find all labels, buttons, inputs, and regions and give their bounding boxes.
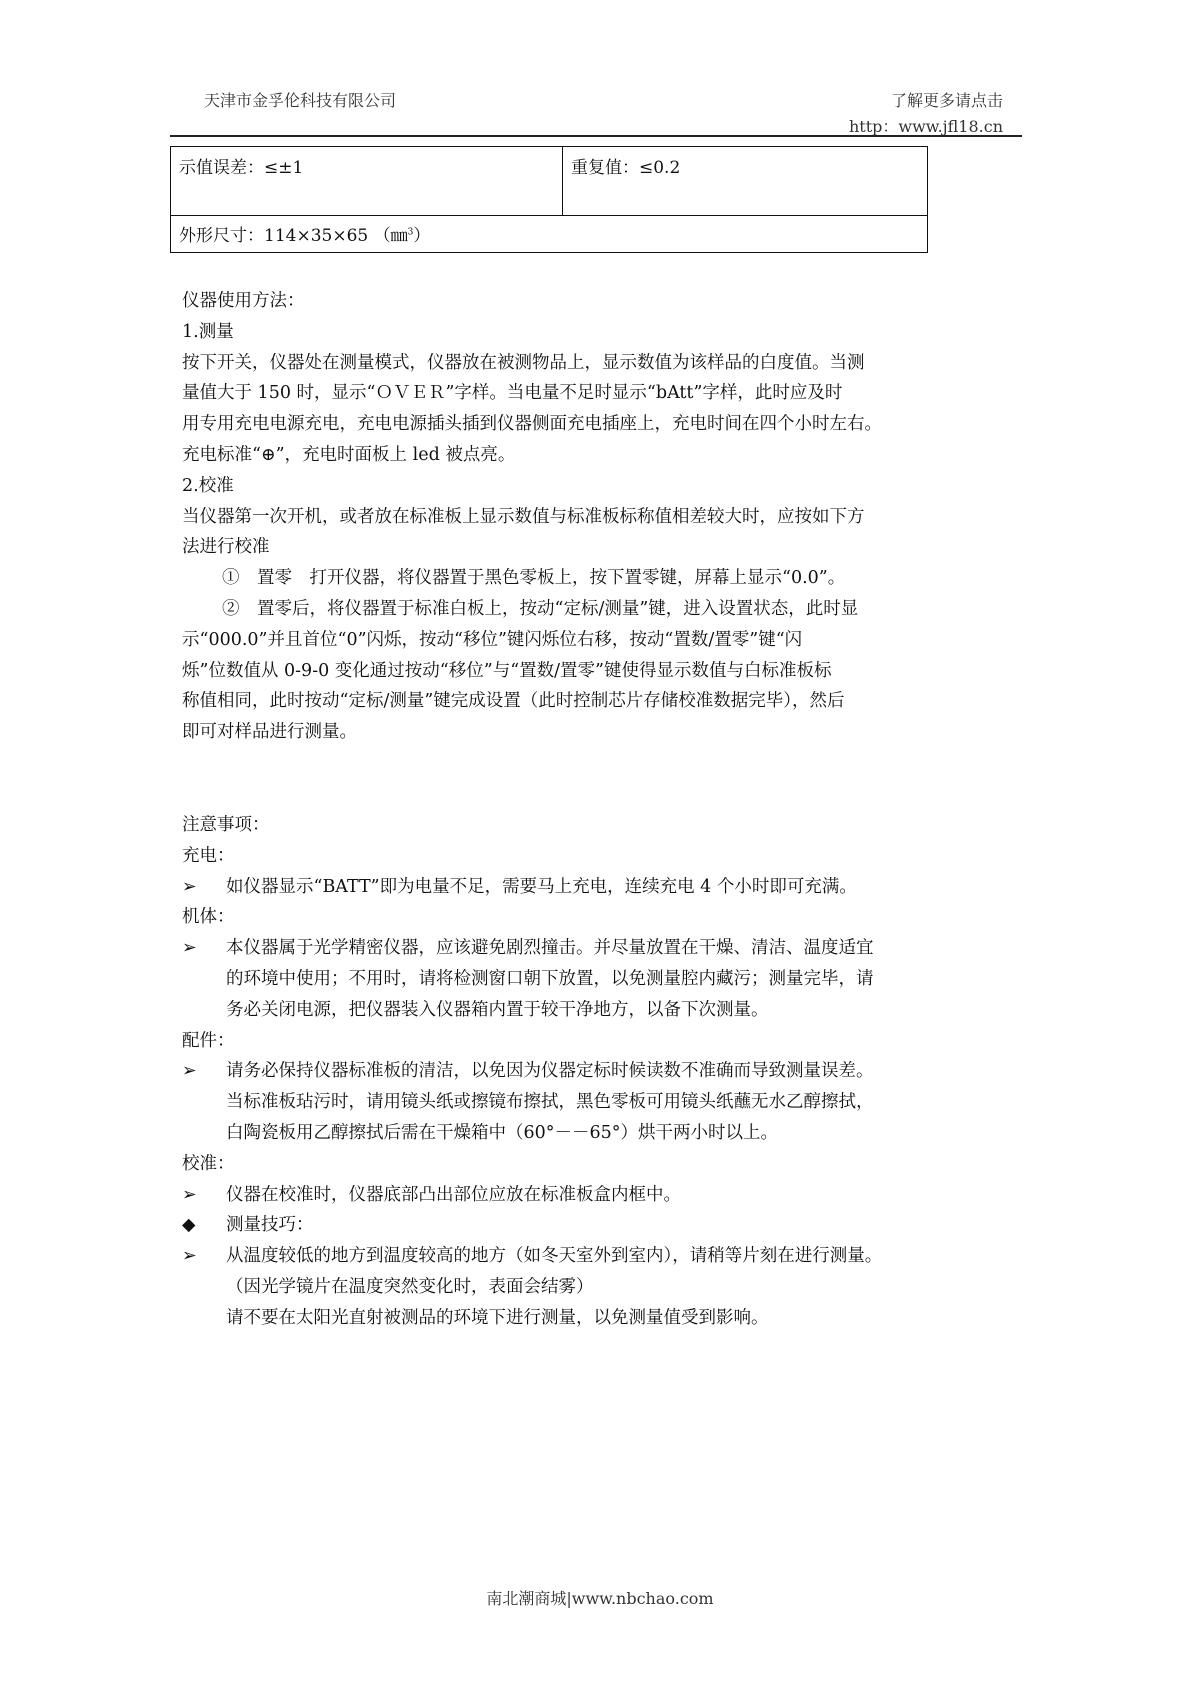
calibrate-line: 法进行校准 (182, 532, 1032, 563)
header-link-block[interactable]: 了解更多请点击 http：www.jfl18.cn (849, 88, 1003, 140)
body-title: 机体： (182, 902, 1032, 933)
calibrate-step-2-line: 烁”位数值从 0-9-0 变化通过按动“移位”与“置数/置零”键使得显示数值与白… (182, 656, 1032, 687)
size-cell: 外形尺寸：114×35×65 （㎜3） (171, 216, 928, 253)
measure-line: 充电标准“⊕”，充电时面板上 led 被点亮。 (182, 440, 1032, 471)
parts-text-line: 白陶瓷板用乙醇擦拭后需在干燥箱中（60°－－65°）烘干两小时以上。 (226, 1118, 1032, 1149)
charge-item: ➢ 如仪器显示“BATT”即为电量不足，需要马上充电，连续充电 4 个小时即可充… (182, 872, 1032, 903)
tips-text-line: 从温度较低的地方到温度较高的地方（如冬天室外到室内），请稍等片刻在进行测量。 (226, 1241, 1032, 1272)
measure-line: 量值大于 150 时，显示“ＯＶＥＲ”字样。当电量不足时显示“bAtt”字样，此… (182, 378, 1032, 409)
arrow-bullet-icon: ➢ (182, 933, 202, 964)
more-info-link[interactable]: 了解更多请点击 (849, 88, 1003, 114)
page-footer[interactable]: 南北潮商城|www.nbchao.com (0, 1586, 1200, 1609)
calib-item: ➢ 仪器在校准时，仪器底部凸出部位应放在标准板盒内框中。 (182, 1180, 1032, 1211)
parts-text-line: 请务必保持仪器标准板的清洁，以免因为仪器定标时候读数不准确而导致测量误差。 (226, 1056, 1032, 1087)
calibrate-step-1: ① 置零 打开仪器，将仪器置于黑色零板上，按下置零键，屏幕上显示“0.0”。 (182, 563, 1032, 594)
tips-text-line: 请不要在太阳光直射被测品的环境下进行测量，以免测量值受到影响。 (226, 1303, 1032, 1334)
usage-title: 仪器使用方法： (182, 286, 1032, 317)
company-name: 天津市金孚伦科技有限公司 (204, 88, 396, 111)
calib-title: 校准： (182, 1149, 1032, 1180)
tips-title: 测量技巧： (226, 1215, 314, 1235)
spacer (182, 748, 1032, 810)
repeat-cell: 重复值：≤0.2 (563, 147, 928, 216)
measure-line: 按下开关，仪器处在测量模式，仪器放在被测物品上，显示数值为该样品的白度值。当测 (182, 348, 1032, 379)
calibrate-line: 当仪器第一次开机，或者放在标准板上显示数值与标准板标称值相差较大时，应按如下方 (182, 502, 1032, 533)
header-divider (170, 135, 1022, 137)
arrow-bullet-icon: ➢ (182, 1056, 202, 1087)
parts-item: ➢ 请务必保持仪器标准板的清洁，以免因为仪器定标时候读数不准确而导致测量误差。 … (182, 1056, 1032, 1148)
measure-line: 用专用充电电源充电，充电电源插头插到仪器侧面充电插座上，充电时间在四个小时左右。 (182, 409, 1032, 440)
notes-title: 注意事项： (182, 810, 1032, 841)
size-close: ） (413, 226, 430, 246)
parts-text-line: 当标准板玷污时，请用镜头纸或擦镜布擦拭，黑色零板可用镜头纸蘸无水乙醇擦拭， (226, 1087, 1032, 1118)
calibrate-step-2-line: 称值相同，此时按动“定标/测量”键完成设置（此时控制芯片存储校准数据完毕），然后 (182, 686, 1032, 717)
body-text-line: 务必关闭电源，把仪器装入仪器箱内置于较干净地方，以备下次测量。 (226, 995, 1032, 1026)
section-calibrate-title: 2.校准 (182, 471, 1032, 502)
section-measure-title: 1.测量 (182, 317, 1032, 348)
calibrate-step-2-line: 即可对样品进行测量。 (182, 717, 1032, 748)
arrow-bullet-icon: ➢ (182, 1241, 202, 1272)
tips-heading: ◆ 测量技巧： (182, 1210, 1032, 1241)
spec-table: 示值误差：≤±1 重复值：≤0.2 外形尺寸：114×35×65 （㎜3） (170, 146, 928, 253)
body-text-line: 本仪器属于光学精密仪器，应该避免剧烈撞击。并尽量放置在干燥、清洁、温度适宜 (226, 933, 1032, 964)
diamond-bullet-icon: ◆ (182, 1210, 202, 1241)
calibrate-step-2-line: 示“000.0”并且首位“0”闪烁，按动“移位”键闪烁位右移，按动“置数/置零”… (182, 625, 1032, 656)
parts-title: 配件： (182, 1026, 1032, 1057)
charge-text: 如仪器显示“BATT”即为电量不足，需要马上充电，连续充电 4 个小时即可充满。 (226, 877, 857, 897)
tips-text-line: （因光学镜片在温度突然变化时，表面会结雾） (226, 1272, 1032, 1303)
calibrate-step-2: ② 置零后，将仪器置于标准白板上，按动“定标/测量”键，进入设置状态，此时显 (182, 594, 1032, 625)
size-text: 外形尺寸：114×35×65 （㎜ (179, 226, 408, 246)
document-body: 仪器使用方法： 1.测量 按下开关，仪器处在测量模式，仪器放在被测物品上，显示数… (182, 286, 1032, 1334)
error-cell: 示值误差：≤±1 (171, 147, 563, 216)
charge-title: 充电： (182, 841, 1032, 872)
tips-item: ➢ 从温度较低的地方到温度较高的地方（如冬天室外到室内），请稍等片刻在进行测量。… (182, 1241, 1032, 1333)
body-text-line: 的环境中使用；不用时，请将检测窗口朝下放置，以免测量腔内藏污；测量完毕，请 (226, 964, 1032, 995)
arrow-bullet-icon: ➢ (182, 872, 202, 903)
body-item: ➢ 本仪器属于光学精密仪器，应该避免剧烈撞击。并尽量放置在干燥、清洁、温度适宜 … (182, 933, 1032, 1025)
calib-text: 仪器在校准时，仪器底部凸出部位应放在标准板盒内框中。 (226, 1185, 681, 1205)
arrow-bullet-icon: ➢ (182, 1180, 202, 1211)
